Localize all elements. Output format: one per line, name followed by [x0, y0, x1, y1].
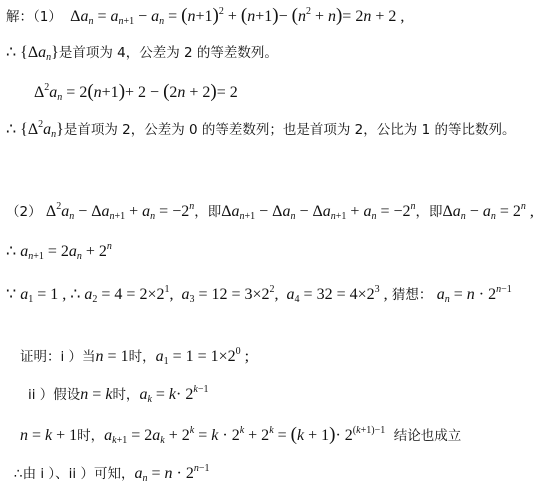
- delta2-an-set: ∴ {Δ2an}: [6, 121, 64, 138]
- part1-line3: Δ2an = 2(n+1)+ 2 − (2n + 2)= 2: [34, 82, 238, 103]
- proof-step3-tail: 结论也成立: [394, 428, 462, 444]
- proof-step3-mid: 时，: [77, 428, 104, 444]
- conclusion-equation: an = n · 2n−1: [134, 465, 209, 482]
- part2-sep2: ，即: [416, 204, 443, 220]
- delta-an-set: ∴ {Δan}: [6, 44, 59, 61]
- guess-equation: an = n · 2n−1: [437, 286, 512, 303]
- proof-step2: ii ）假设n = k时，ak = k· 2k−1: [28, 385, 208, 405]
- proof-step1-math: n = 1: [96, 348, 129, 365]
- part2-eq3: Δan − an = 2n ,: [443, 203, 534, 220]
- proof-step2-label: ii ）假设: [28, 387, 80, 403]
- proof-step2-mid: 时，: [112, 387, 139, 403]
- part1-equation: Δan = an+1 − an = (n+1)2 + (n+1)− (n2 + …: [66, 8, 404, 25]
- recurrence-equation: ∴ an+1 = 2an + 2n: [6, 243, 112, 260]
- proof-step1-mid: 时，: [129, 349, 156, 365]
- proof-step3: n = k + 1时，ak+1 = 2ak + 2k = k · 2k + 2k…: [20, 425, 461, 446]
- guess-label: 猜想：: [392, 287, 433, 303]
- proof-step1-eq: a1 = 1 = 1×20 ;: [156, 348, 250, 365]
- proof-step1: 证明：i ）当n = 1时，a1 = 1 = 1×20 ;: [20, 347, 249, 367]
- initial-values-equation: ∵ a1 = 1 , ∴ a2 = 4 = 2×21, a3 = 12 = 3×…: [6, 286, 388, 303]
- proof-label: 证明：: [20, 349, 61, 365]
- conclusion-label: ∴由 i ）、ii ）可知，: [14, 466, 134, 482]
- part2-initial-values: ∵ a1 = 1 , ∴ a2 = 4 = 2×21, a3 = 12 = 3×…: [6, 285, 512, 305]
- part2-eq2: Δan+1 − Δan − Δan+1 + an = −2n: [221, 203, 415, 220]
- proof-step1-label: i ）当: [61, 349, 96, 365]
- part2-eq1: Δ2an − Δan+1 + an = −2n: [46, 203, 194, 220]
- proof-step3-math: n = k + 1: [20, 427, 77, 444]
- part1-line2-text: 是首项为 4，公差为 2 的等差数列。: [59, 45, 278, 61]
- proof-step2-eq: ak = k· 2k−1: [139, 386, 208, 403]
- part1-label: 解：（1）: [6, 9, 62, 25]
- second-difference-equation: Δ2an = 2(n+1)+ 2 − (2n + 2)= 2: [34, 84, 238, 101]
- proof-step2-math: n = k: [80, 386, 112, 403]
- part2-sep1: ，即: [194, 204, 221, 220]
- part2-line1: （2） Δ2an − Δan+1 + an = −2n，即Δan+1 − Δan…: [6, 202, 534, 222]
- part1-line4-text: 是首项为 2，公差为 0 的等差数列；也是首项为 2，公比为 1 的等比数列。: [64, 122, 516, 138]
- part1-line1: 解：（1） Δan = an+1 − an = (n+1)2 + (n+1)− …: [6, 6, 404, 27]
- part2-recurrence: ∴ an+1 = 2an + 2n: [6, 242, 112, 262]
- part1-line4: ∴ {Δ2an}是首项为 2，公差为 0 的等差数列；也是首项为 2，公比为 1…: [6, 120, 515, 140]
- proof-step3-eq: ak+1 = 2ak + 2k = k · 2k + 2k = (k + 1)·…: [104, 427, 385, 444]
- part2-label: （2）: [6, 204, 42, 220]
- proof-conclusion: ∴由 i ）、ii ）可知，an = n · 2n−1: [14, 464, 209, 484]
- part1-line2: ∴ {Δan}是首项为 4，公差为 2 的等差数列。: [6, 43, 278, 63]
